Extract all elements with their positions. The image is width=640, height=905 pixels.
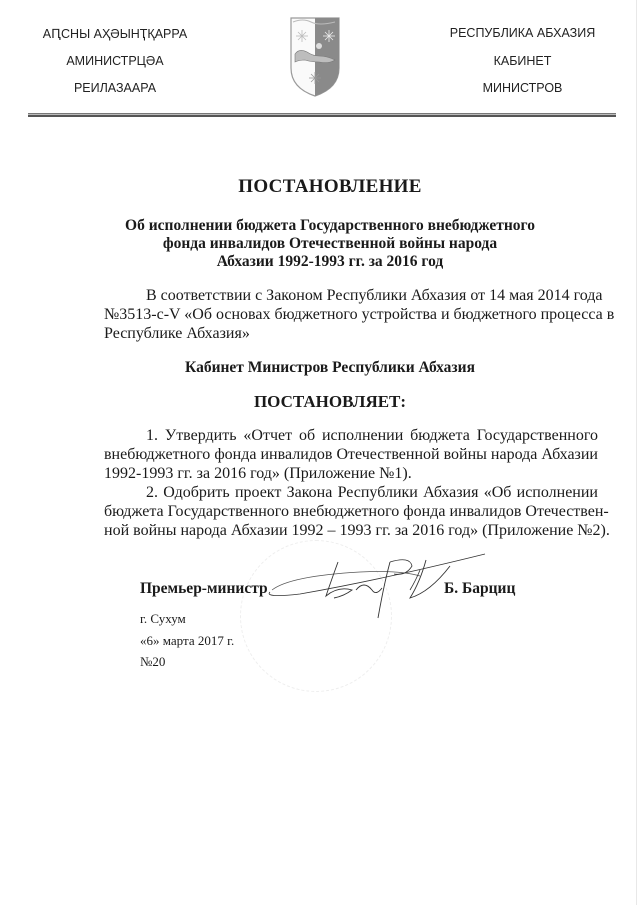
header-right-line-2: КАБИНЕТ: [425, 54, 620, 68]
subtitle-line-3: Абхазии 1992-1993 гг. за 2016 год: [0, 253, 640, 271]
document-number: №20: [140, 654, 165, 670]
header-left-line-2: АМИНИСТРЦӘА: [20, 54, 210, 68]
item-1-line-3: 1992-1993 гг. за 2016 год» (Приложение №…: [104, 465, 598, 483]
header-right-line-3: МИНИСТРОВ: [425, 81, 620, 95]
item-2-line-2: бюджета Государственного внебюджетного ф…: [104, 503, 598, 521]
issuer: Кабинет Министров Республики Абхазия: [0, 359, 640, 377]
place: г. Сухум: [140, 611, 186, 627]
page-edge: [636, 0, 637, 905]
coat-of-arms-icon: [289, 16, 341, 98]
item-2-line-3: ной войны народа Абхазии 1992 – 1993 гг.…: [104, 522, 598, 540]
header-left-line-3: РЕИЛАЗААРА: [20, 81, 210, 95]
document-title: ПОСТАНОВЛЕНИЕ: [0, 176, 640, 198]
header-left-line-1: АԤСНЫ АҲӘЫНҬҚАРРА: [20, 26, 210, 41]
item-2-line-1: 2. Одобрить проект Закона Республики Абх…: [146, 484, 598, 502]
resolves-heading: ПОСТАНОВЛЯЕТ:: [0, 392, 640, 412]
item-1-line-2: внебюджетного фонда инвалидов Отечествен…: [104, 446, 598, 464]
date: «6» марта 2017 г.: [140, 633, 234, 649]
header-right-line-1: РЕСПУБЛИКА АБХАЗИЯ: [425, 26, 620, 40]
signatory-name: Б. Барциц: [444, 580, 515, 598]
preamble-line-3: Республике Абхазия»: [104, 325, 598, 343]
preamble-line-1: В соответствии с Законом Республики Абха…: [146, 287, 598, 305]
subtitle-line-1: Об исполнении бюджета Государственного в…: [0, 217, 640, 235]
preamble-line-2: №3513-с-V «Об основах бюджетного устройс…: [104, 306, 598, 324]
item-1-line-1: 1. Утвердить «Отчет об исполнении бюджет…: [146, 427, 598, 445]
subtitle-line-2: фонда инвалидов Отечественной войны наро…: [0, 235, 640, 253]
header-divider: [28, 113, 616, 117]
signatory-position: Премьер-министр: [140, 580, 268, 598]
